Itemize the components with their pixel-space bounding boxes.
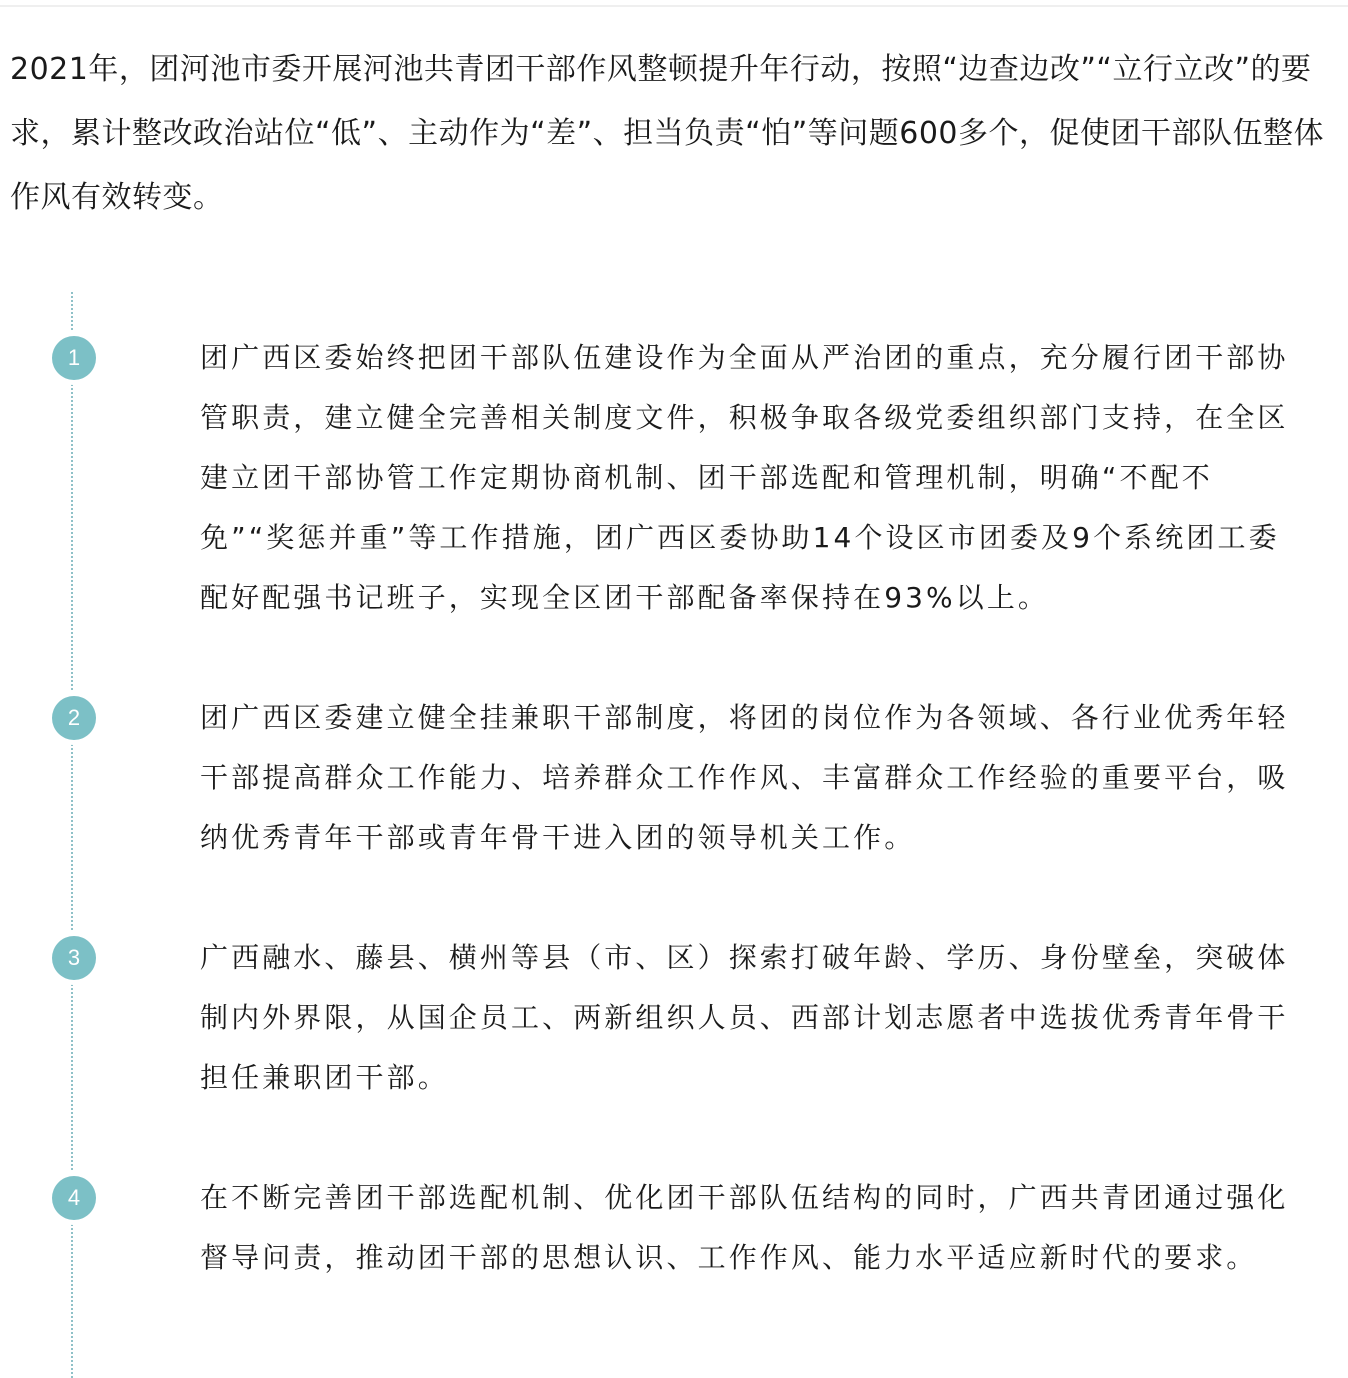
step-text: 团广西区委始终把团干部队伍建设作为全面从严治团的重点，充分履行团干部协管职责，建…	[200, 328, 1305, 628]
step-number-badge: 4	[52, 1176, 96, 1220]
step-number-badge: 3	[52, 936, 96, 980]
step-text: 在不断完善团干部选配机制、优化团干部队伍结构的同时，广西共青团通过强化督导问责，…	[200, 1168, 1305, 1288]
top-divider	[0, 5, 1348, 7]
step-text: 团广西区委建立健全挂兼职干部制度，将团的岗位作为各领域、各行业优秀年轻干部提高群…	[200, 688, 1305, 868]
step-text: 广西融水、藤县、横州等县（市、区）探索打破年龄、学历、身份壁垒，突破体制内外界限…	[200, 928, 1305, 1108]
step-number-badge: 1	[52, 336, 96, 380]
timeline: 1 团广西区委始终把团干部队伍建设作为全面从严治团的重点，充分履行团干部协管职责…	[0, 292, 1348, 1378]
step-number-badge: 2	[52, 696, 96, 740]
intro-paragraph: 2021年，团河池市委开展河池共青团干部作风整顿提升年行动，按照“边查边改”“立…	[10, 38, 1330, 230]
